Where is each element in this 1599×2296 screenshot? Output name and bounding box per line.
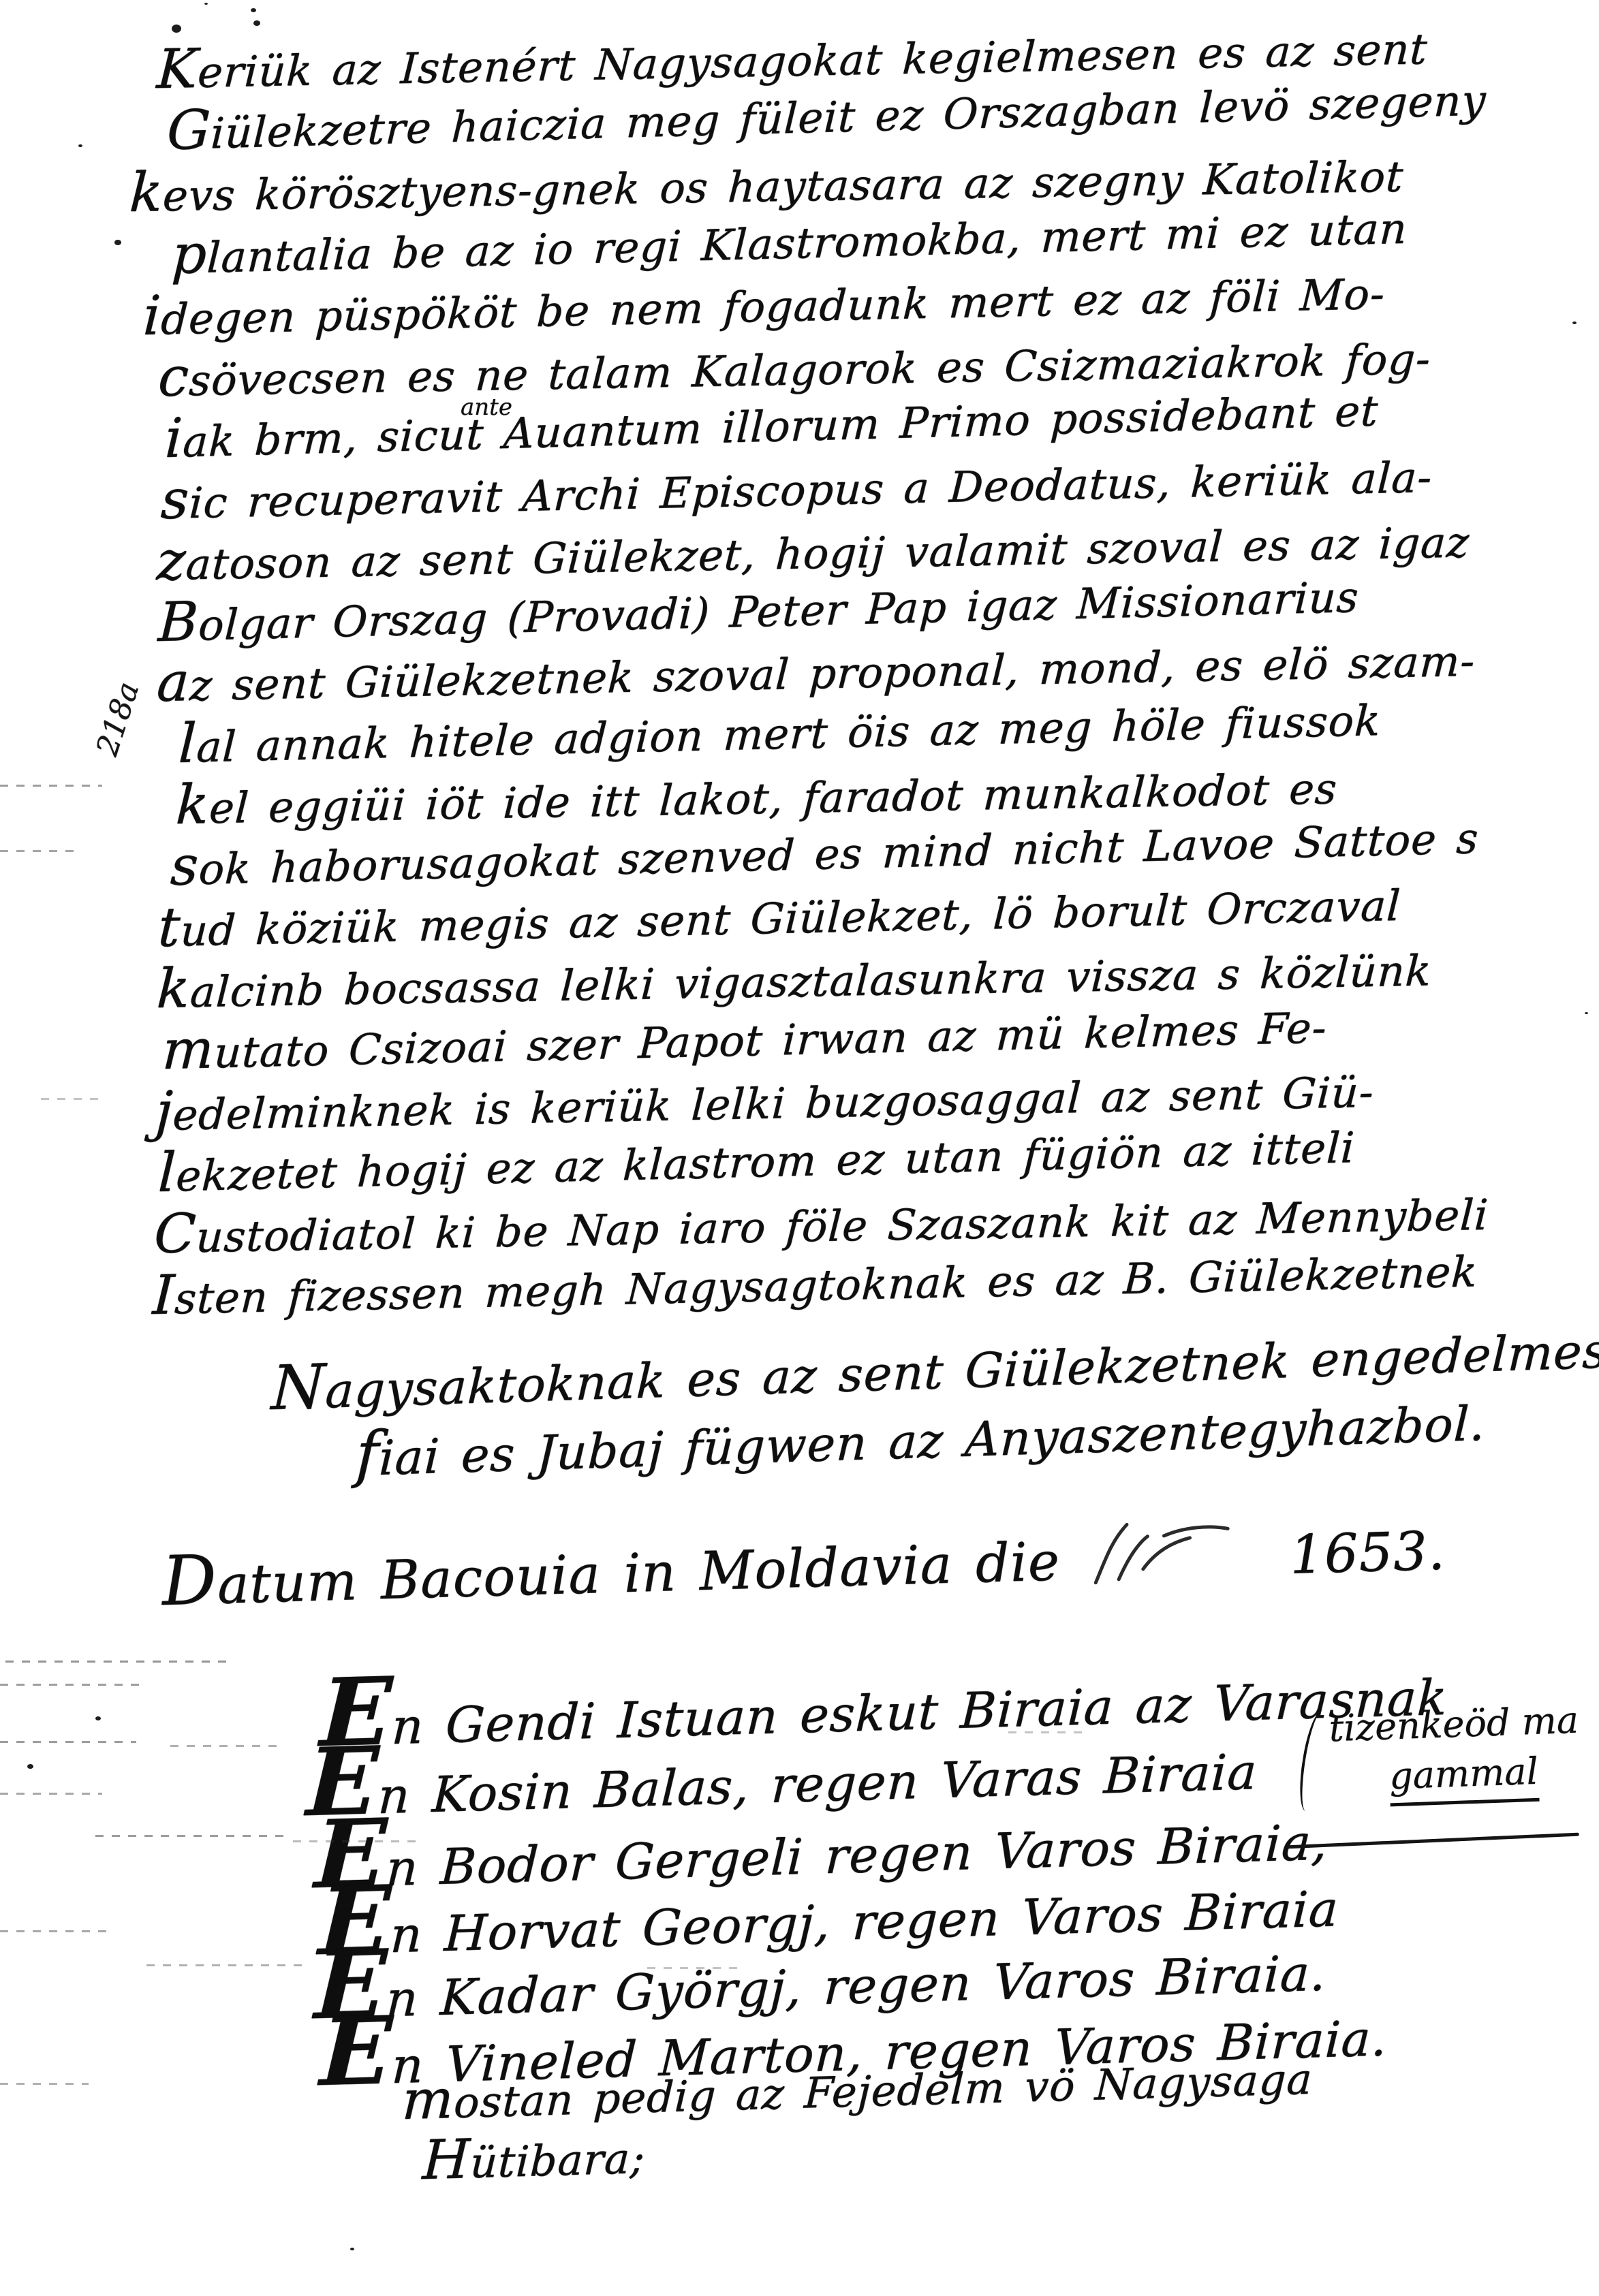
- scan-speck: [204, 3, 208, 5]
- scan-speck: [114, 240, 121, 245]
- scan-streak: [0, 2083, 89, 2085]
- scan-streak: [0, 1741, 136, 1743]
- scan-streak: [1008, 1731, 1090, 1733]
- scan-streak: [0, 1930, 109, 1932]
- interlinear-insertion: ante: [461, 394, 512, 421]
- scan-speck: [1585, 1012, 1588, 1014]
- scan-speck: [78, 144, 82, 147]
- scribble-strokes: [1082, 1513, 1268, 1592]
- scan-streak: [0, 1793, 102, 1795]
- scan-speck: [172, 25, 181, 33]
- scan-speck: [27, 1764, 33, 1769]
- scan-speck: [350, 2248, 354, 2250]
- scan-speck: [253, 20, 260, 26]
- side-annotation-line1: tizenkeöd ma: [1329, 1699, 1579, 1750]
- side-annotation-line2: gammal: [1388, 1747, 1539, 1806]
- scan-speck: [95, 1716, 101, 1720]
- side-annotation: tizenkeöd ma gammal: [1328, 1696, 1581, 1808]
- scan-streak: [170, 1745, 279, 1747]
- scan-streak: [647, 1967, 743, 1969]
- scan-streak: [146, 1964, 303, 1966]
- scanned-manuscript-page: 218a Keriük az Istenért Nagysagokat kegi…: [0, 0, 1599, 2296]
- handwritten-line: Hütibara;: [422, 2127, 647, 2188]
- date-year-text: 1653.: [1289, 1520, 1446, 1586]
- scan-streak: [0, 785, 102, 787]
- scan-streak: [293, 1840, 416, 1842]
- scan-streak: [5, 1661, 230, 1663]
- scan-speck: [251, 8, 256, 12]
- illegible-scribble: [1083, 1536, 1268, 1589]
- scan-streak: [95, 1835, 286, 1837]
- scan-streak: [0, 850, 78, 852]
- scan-streak: [41, 1098, 102, 1100]
- scan-streak: [0, 1684, 143, 1686]
- scan-speck: [1572, 321, 1577, 324]
